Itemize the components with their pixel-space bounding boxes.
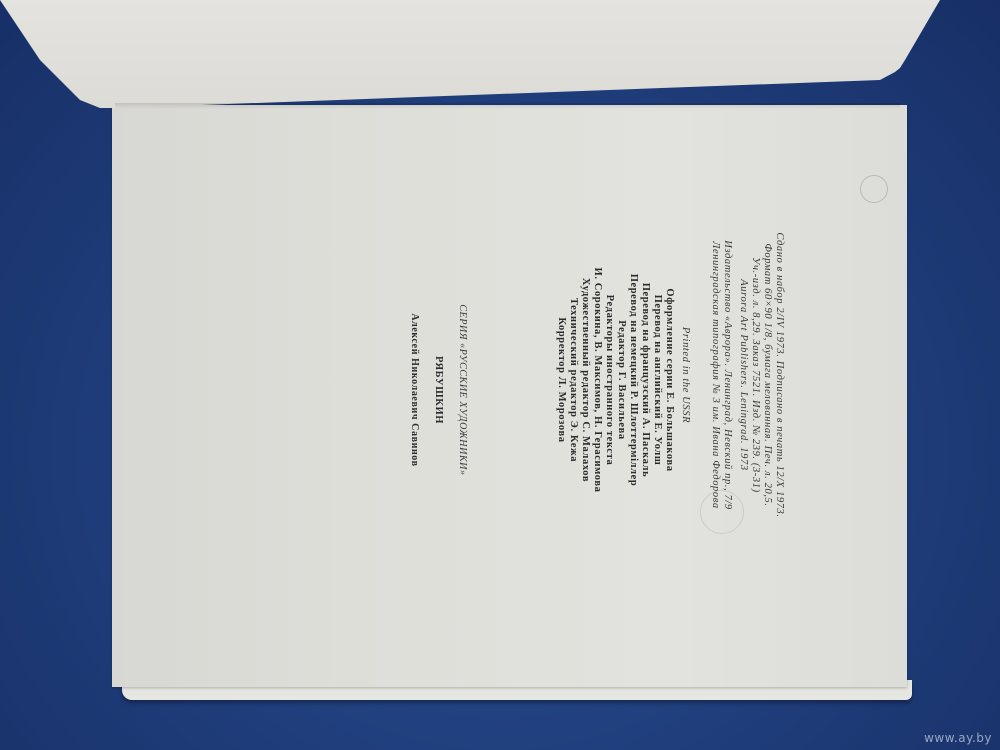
series-title: СЕРИЯ «РУССКИЕ ХУДОЖНИКИ» — [456, 290, 468, 490]
imprint-line: Aurora Art Publishers. Leningrad. 1973 — [737, 215, 749, 535]
folded-flap — [0, 0, 1000, 110]
author-name: Алексей Николаевич Савинов — [408, 290, 420, 490]
imprint-line: Издательство «Аврора». Ленинград, Невски… — [721, 215, 733, 535]
library-stamp-icon — [860, 175, 888, 203]
credit-line: Художественный редактор С. Малахов — [579, 250, 591, 510]
credit-line: Редактор Г. Васильева — [615, 250, 627, 510]
imprint-block: Сдано в набор 2/IV 1973. Подписано в печ… — [679, 215, 785, 535]
book-title: РЯБУШКИН — [432, 290, 444, 490]
watermark-text: www.ay.by — [924, 731, 992, 745]
credits-block: Оформление серии Е. Большакова Перевод н… — [555, 250, 675, 510]
title-block: СЕРИЯ «РУССКИЕ ХУДОЖНИКИ» РЯБУШКИН Алекс… — [408, 290, 468, 490]
imprint-line: Ленинградская типография № 3 им. Ивана Ф… — [709, 215, 721, 535]
credit-line: Редакторы иностранного текста — [603, 250, 615, 510]
imprint-line: Уч.-изд. л. 8,29. Заказ 7521. Изд. № 239… — [749, 215, 761, 535]
printed-in-footer: Printed in the USSR — [679, 215, 691, 535]
imprint-line: Сдано в набор 2/IV 1973. Подписано в печ… — [773, 215, 785, 535]
imprint-line: Формат 60×90 1/8, бумага мелованная. Печ… — [761, 215, 773, 535]
flap-shadow — [115, 103, 900, 109]
book-page — [112, 105, 907, 687]
credit-line: Перевод на немецкий Р. Шлоттерміллер — [627, 250, 639, 510]
credit-line: Технический редактор Э. Кежа — [567, 250, 579, 510]
credit-line: И. Сорокина, В. Максимов, Н. Герасимова — [591, 250, 603, 510]
credit-line: Оформление серии Е. Большакова — [663, 250, 675, 510]
credit-line: Перевод на французский А. Паскаль — [639, 250, 651, 510]
credit-line: Корректор Л. Морозова — [555, 250, 567, 510]
credit-line: Перевод на английский Е. Уолш — [651, 250, 663, 510]
